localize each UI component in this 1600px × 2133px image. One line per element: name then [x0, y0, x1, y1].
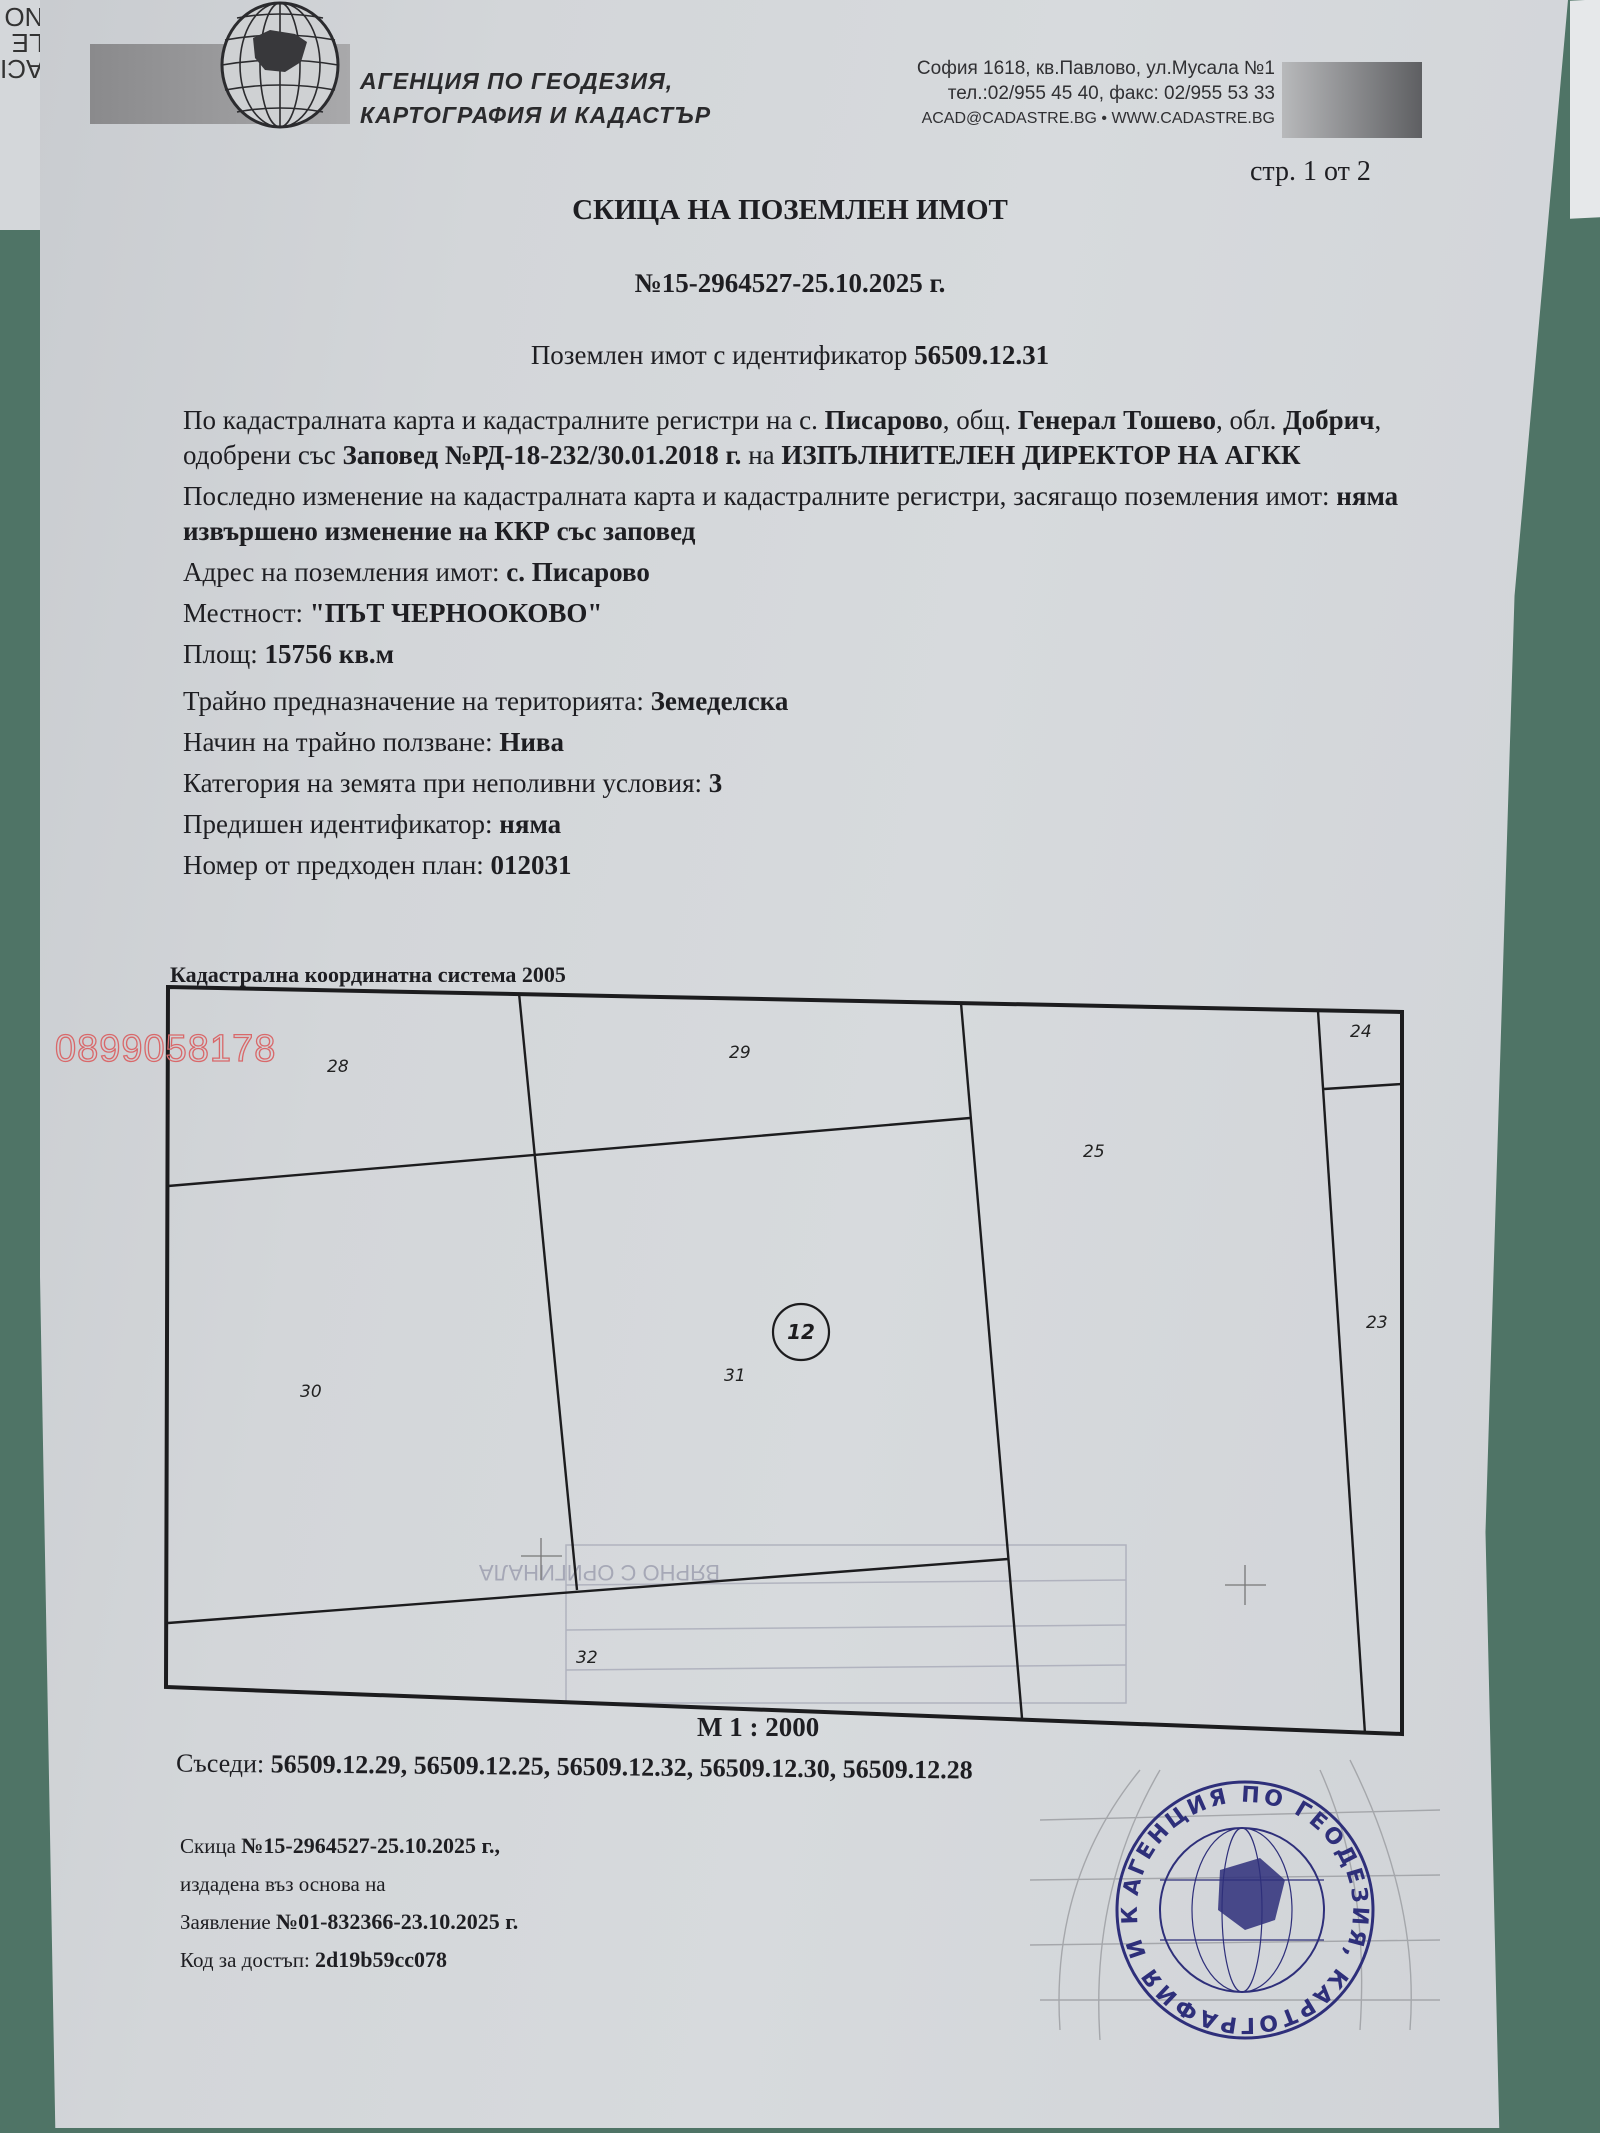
faded-stamp-text: ВЯРНО С ОРИГИНАЛА	[479, 1560, 720, 1585]
parcel-address: Адрес на поземления имот: с. Писарово	[183, 555, 1423, 590]
agency-email-web: ACAD@CADASTRE.BG • WWW.CADASTRE.BG	[870, 106, 1275, 131]
coordinate-system-label: Кадастрална координатна система 2005	[170, 962, 566, 988]
application-line: Заявление №01-832366-23.10.2025 г.	[180, 1903, 518, 1941]
parcel-label-30: 30	[300, 1382, 322, 1402]
parcel-usage: Начин на трайно ползване: Нива	[183, 725, 1423, 760]
parcel-label-24: 24	[1350, 1022, 1372, 1042]
globe-logo-icon	[215, 0, 345, 130]
parcel-locality: Местност: "ПЪТ ЧЕРНООКОВО"	[183, 596, 1423, 631]
official-stamp-icon: АГЕНЦИЯ ПО ГЕОДЕЗИЯ, КАРТОГРАФИЯ И КАДАС…	[1020, 1730, 1450, 2130]
agency-contact: София 1618, кв.Павлово, ул.Мусала №1 тел…	[870, 56, 1275, 131]
previous-plan-number: Номер от предходен план: 012031	[183, 848, 1423, 883]
neighbor-ids: 56509.12.29, 56509.12.25, 56509.12.32, 5…	[271, 1749, 973, 1784]
sketch-number-line: Скица №15-2964527-25.10.2025 г.,	[180, 1827, 518, 1865]
access-code-line: Код за достъп: 2d19b59cc078	[180, 1941, 518, 1979]
previous-identifier: Предишен идентификатор: няма	[183, 807, 1423, 842]
background-sheet-text: ACI LE NO	[0, 4, 43, 82]
cadastre-basis: По кадастралната карта и кадастралните р…	[183, 403, 1423, 473]
document-number: №15-2964527-25.10.2025 г.	[0, 268, 1590, 299]
header-decor-bar-right	[1282, 62, 1422, 138]
parcel-label-23: 23	[1366, 1313, 1388, 1333]
issuance-info: Скица №15-2964527-25.10.2025 г., издаден…	[180, 1827, 518, 1979]
issued-based-on-line: издадена въз основа на	[180, 1865, 518, 1903]
background-sheet-right	[1570, 0, 1600, 219]
parcel-label-32: 32	[576, 1648, 598, 1668]
land-category: Категория на земята при неполивни услови…	[183, 766, 1423, 801]
page-number: стр. 1 от 2	[1250, 156, 1371, 188]
parcel-identifier: Поземлен имот с идентификатор 56509.12.3…	[0, 340, 1590, 371]
parcel-label-25: 25	[1083, 1142, 1105, 1162]
parcel-label-28: 28	[327, 1057, 349, 1077]
map-scale: М 1 : 2000	[697, 1712, 819, 1743]
agency-name: АГЕНЦИЯ ПО ГЕОДЕЗИЯ, КАРТОГРАФИЯ И КАДАС…	[360, 64, 711, 132]
parcel-area: Площ: 15756 кв.м	[183, 637, 1423, 672]
parcel-label-31: 31	[724, 1366, 746, 1386]
agency-address: София 1618, кв.Павлово, ул.Мусала №1	[870, 56, 1275, 81]
last-change: Последно изменение на кадастралната карт…	[183, 479, 1423, 549]
agency-phone-fax: тел.:02/955 45 40, факс: 02/955 53 33	[870, 81, 1275, 106]
phone-watermark: 0899058178	[55, 1028, 276, 1071]
document-title: СКИЦА НА ПОЗЕМЛЕН ИМОТ	[0, 194, 1590, 227]
block-number: 12	[787, 1320, 815, 1344]
parcel-details: По кадастралната карта и кадастралните р…	[183, 403, 1423, 883]
parcel-label-29: 29	[729, 1043, 751, 1063]
parcel-purpose: Трайно предназначение на територията: Зе…	[183, 684, 1423, 719]
